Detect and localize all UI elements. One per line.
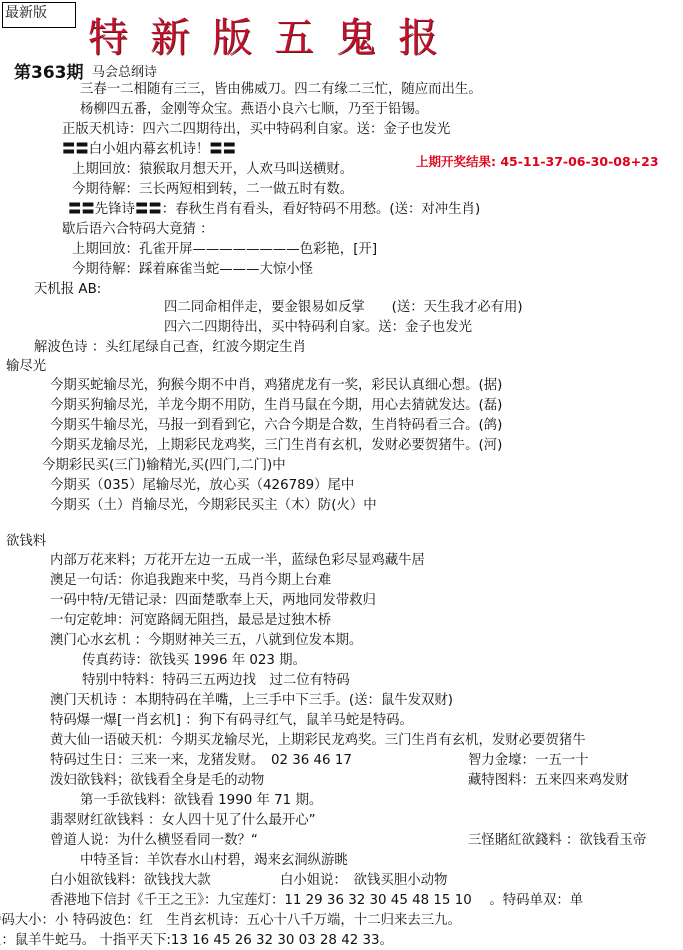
issue-number: 第363期	[14, 58, 84, 83]
text-line: 特码大小：小 特码波色：红 生肖玄机诗：五心十八千万端，十二归来去三九。	[0, 911, 461, 931]
text-line: 澳门心水玄机 ：今期财神关三五，八就到位发本期。	[50, 631, 362, 651]
text-line: 今期买狗输尽光，羊龙今期不用防，生肖马鼠在今期，用心去猜就发达。(磊)	[50, 396, 502, 416]
text-line: 曾道人说：为什么横竖看同一数？“	[50, 831, 258, 851]
text-line: 天机报 AB:	[34, 280, 101, 300]
text-line: 上期回放：猿猴取月想天开，人欢马叫送横财。	[72, 160, 353, 180]
text-line: 今期买蛇输尽光，狗猴今期不中肖，鸡猪虎龙有一奖，彩民认真细心想。(据)	[50, 376, 502, 396]
text-line: 特别中特料：特码三五两边找 过二位有特码	[82, 671, 350, 691]
text-line: 智力金壕：一五一十	[468, 751, 589, 771]
text-line: 杨柳四五番，金刚等众宝。燕语小良六七顺，乃至于铅锡。	[80, 100, 428, 120]
text-line: 香港地下信封《千王之王》：九宝莲灯：11 29 36 32 30 45 48 1…	[50, 891, 583, 911]
text-line: 中特圣旨：羊饮春水山村碧，竭来玄洞纵游眺	[80, 851, 348, 871]
text-line: 今期买（035）尾输尽光，放心买（426789）尾中	[50, 476, 354, 496]
text-line: 今期买牛输尽光，马报一到看到它，六合今期是合数，生肖特码看三合。(鸽)	[50, 416, 502, 436]
text-line: 一码中特/无错记录：四面楚歌奉上天，两地同发带救归	[50, 591, 376, 611]
text-line: 白小姐说： 欲钱买胆小动物	[280, 871, 447, 891]
text-line: 三春一二相随有三三，皆由佛威刀。四二有缘二三忙，随应而出生。	[80, 80, 482, 100]
text-line: 输尽光	[6, 357, 46, 377]
text-line: 第一手欲钱料：欲钱看 1990 年 71 期。	[80, 791, 322, 811]
text-line: 一句定乾坤：河宽路阔无阻挡，最忌是过独木桥	[50, 611, 331, 631]
latest-edition-badge: 最新版	[2, 2, 76, 28]
text-line: 藏特图料：五来四来鸡发财	[468, 771, 629, 791]
text-line: 今期买龙输尽光，上期彩民龙鸡奖，三门生肖有玄机，发财必要贺猪牛。(河)	[50, 436, 502, 456]
issue-subtitle: 马会总纲诗	[92, 61, 157, 80]
text-line: 四六二四期待出，买中特码利自家。送：金子也发光	[164, 318, 472, 338]
text-line: 正版天机诗：四六二四期待出，买中特码利自家。送：金子也发光	[62, 120, 450, 140]
text-line: 澳足一句话：你追我跑来中奖，马肖今期上台难	[50, 571, 331, 591]
text-line: 四二同命相伴走，要金银易如反掌 (送：天生我才必有用)	[164, 298, 523, 318]
text-line: 〓〓白小姐内幕玄机诗！〓〓	[62, 140, 236, 160]
text-line: 黄大仙一语破天机：今期买龙输尽光，上期彩民龙鸡奖。三门生肖有玄机，发财必要贺猪牛	[50, 731, 586, 751]
page-title: 特新版五鬼报	[88, 6, 460, 63]
text-line: 三怪賭紅欲錢料 ：欲钱看玉帝	[468, 831, 646, 851]
last-draw-result: 上期开奖结果: 45-11-37-06-30-08+23	[416, 152, 659, 170]
text-line: 今期待解：三长两短相到转，二一做五时有数。	[72, 180, 353, 200]
text-line: 传真药诗：欲钱买 1996 年 023 期。	[82, 651, 306, 671]
text-line: 澳门天机诗 ：本期特码在羊嘴，上三手中下三手。(送：鼠牛发双财)	[50, 691, 453, 711]
text-line: 泼妇欲钱料；欲钱看全身是毛的动物	[50, 771, 264, 791]
text-line: 特码爆一爆[一肖玄机] ：狗下有码寻红气，鼠羊马蛇是特码。	[50, 711, 413, 731]
text-line: 翡翠财红欲钱料 ：女人四十见了什么最开心”	[50, 811, 316, 831]
text-line: 欲钱料	[6, 532, 46, 552]
text-line: 解波色诗 ：头红尾绿自己查，红波今期定生肖	[34, 338, 306, 358]
text-line: 歇后语六合特码大竟猜 ：	[62, 220, 214, 240]
text-line: 今期买（土）肖输尽光，今期彩民买主（木）防(火）中	[50, 496, 377, 516]
text-line: 白小姐欲钱料：欲钱找大款	[50, 871, 211, 891]
text-line: 〓〓先锋诗〓〓：春秋生肖有看头，看好特码不用愁。(送：对冲生肖)	[68, 200, 480, 220]
text-line: 内部万花来料；万花开左边一五成一半，蓝绿色彩尽显鸡藏牛居	[50, 551, 425, 571]
text-line: 今期彩民买(三门)输精光,买(四门,二门)中	[42, 456, 286, 476]
text-line: 上期回放：孔雀开屏————————色彩艳，[开]	[72, 240, 377, 260]
text-line: 主：鼠羊牛蛇马。 十指平天下:13 16 45 26 32 30 03 28 4…	[0, 931, 393, 950]
text-line: 今期待解：踩着麻雀当蛇———大惊小怪	[72, 260, 313, 280]
text-line: 特码过生日：三来一来，龙猪发财。 02 36 46 17	[50, 751, 352, 771]
